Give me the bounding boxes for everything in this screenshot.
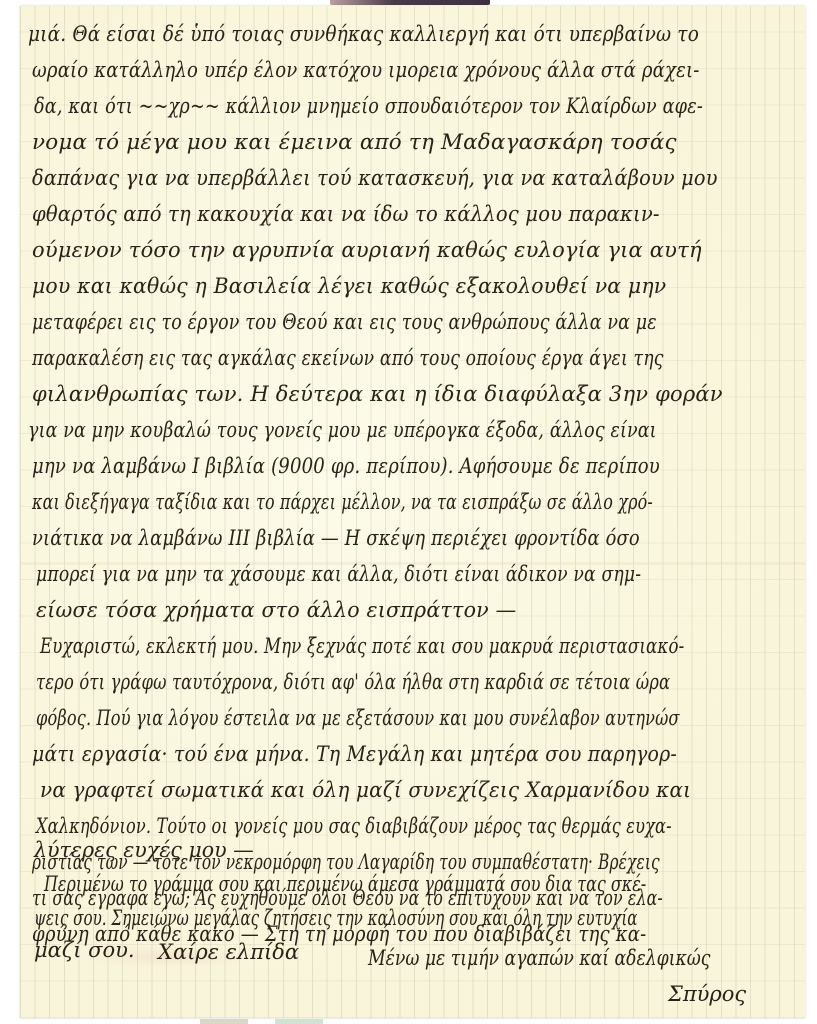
letter-line-13: μην να λαμβάνω I βιβλία (9000 φρ. περίπο… — [32, 454, 660, 478]
closing-line-3: μαζί σου. — [34, 938, 135, 962]
letter-paper: μιά. Θά είσαι δέ ὑπό τοιας συνθήκας καλλ… — [20, 6, 805, 1018]
letter-line-7: ούμενον τόσο την αγρυπνία αυριανή καθώς … — [32, 238, 702, 262]
salutation: Μένω με τιμήν αγαπών καί αδελφικώς — [368, 946, 710, 970]
letter-line-4: νομα τό μέγα μου και έμεινα από τη Μαδαγ… — [32, 130, 677, 154]
top-binding-strip — [330, 0, 490, 5]
letter-line-18: Ευχαριστώ, εκλεκτή μου. Μην ξεχνάς ποτέ … — [40, 634, 684, 658]
bottom-edge-tab — [200, 1019, 248, 1024]
letter-line-20: φόβος. Πού για λόγου έστειλα να με εξετά… — [36, 706, 680, 730]
closing-line-2: ψεις σου. Σημειώνω μεγάλας ζητήσεις την … — [34, 906, 637, 930]
signature: Σπύρος — [668, 982, 746, 1006]
letter-line-15: νιάτικα να λαμβάνω III βιβλία — Η σκέψη … — [32, 526, 640, 550]
letter-line-12: για να μην κουβαλώ τους γονείς μου με υπ… — [28, 418, 657, 442]
letter-line-1: μιά. Θά είσαι δέ ὑπό τοιας συνθήκας καλλ… — [28, 22, 699, 46]
letter-line-17: είωσε τόσα χρήματα στο άλλο εισπράττον — — [36, 598, 516, 622]
greeting: Χαίρε ελπίδα — [158, 940, 299, 964]
letter-line-21: μάτι εργασία· τού ένα μήνα. Τη Μεγάλη κα… — [32, 742, 677, 766]
letter-line-5: δαπάνας για να υπερβάλλει τού κατασκευή,… — [32, 166, 718, 190]
letter-line-6: φθαρτός από τη κακουχία και να ίδω το κά… — [32, 202, 660, 226]
letter-line-22: να γραφτεί σωματικά και όλη μαζί συνεχίζ… — [40, 778, 691, 802]
letter-line-2: ωραίο κατάλληλο υπέρ έλον κατόχου ιμορει… — [32, 58, 700, 82]
letter-line-19: τερο ότι γράφω ταυτόχρονα, διότι αφ' όλα… — [36, 670, 670, 694]
letter-line-3: δα, και ότι ~~χρ~~ κάλλιον μνημείο σπουδ… — [34, 94, 703, 118]
letter-line-8: μου και καθώς η Βασιλεία λέγει καθώς εξα… — [32, 274, 666, 298]
letter-line-16: μπορεί για να μην τα χάσουμε και άλλα, δ… — [36, 562, 641, 586]
scanned-page: μιά. Θά είσαι δέ ὑπό τοιας συνθήκας καλλ… — [0, 0, 817, 1024]
letter-line-14: και διεξήγαγα ταξίδια και το πάρχει μέλλ… — [32, 490, 653, 514]
bottom-edge-tab — [275, 1019, 323, 1024]
letter-line-23: Χαλκηδόνιον. Τούτο οι γονείς μου σας δια… — [36, 814, 672, 838]
letter-line-10: παρακαλέση εις τας αγκάλας εκείνων από τ… — [32, 346, 664, 370]
letter-line-27: λύτερες ευχές μου — — [34, 838, 254, 862]
closing-line-1: Περιμένω το γράμμα σου και περιμένω άμεσ… — [44, 872, 646, 896]
letter-line-11: φιλανθρωπίας των. Η δεύτερα και η ίδια δ… — [32, 382, 723, 406]
letter-line-9: μεταφέρει εις το έργον του Θεού και εις … — [32, 310, 657, 334]
